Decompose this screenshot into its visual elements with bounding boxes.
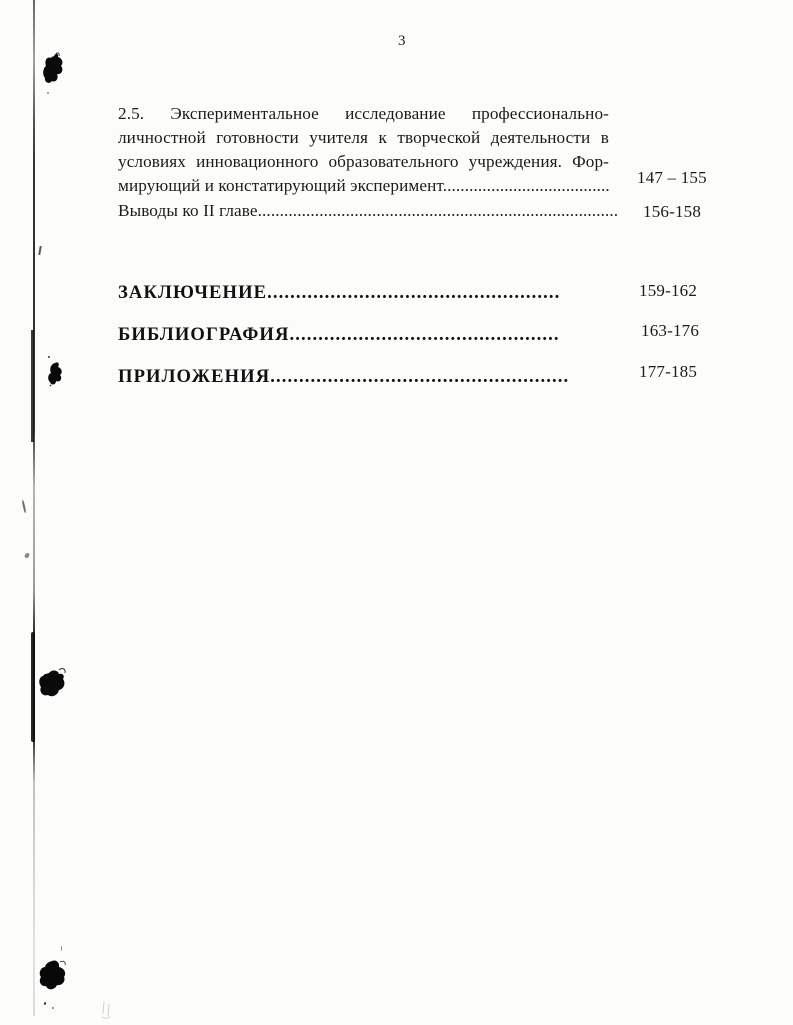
toc-entry-bibliografia-page-range: 163-176: [641, 321, 699, 341]
page-number: 3: [398, 33, 406, 50]
toc-entry-prilozhenia-page-range: 177-185: [639, 362, 697, 382]
scan-speck-artifact: [47, 92, 49, 94]
toc-entry-conclusions-ch2-page-range: 156-158: [643, 202, 701, 222]
toc-entry-conclusions-ch2-label: Выводы ко II главе......................…: [118, 201, 618, 220]
toc-entry-bibliografia-label: БИБЛИОГРАФИЯ............................…: [118, 324, 560, 345]
ink-blob-artifact: [47, 361, 64, 388]
ink-blob-artifact: [39, 665, 67, 701]
toc-entry-prilozhenia: ПРИЛОЖЕНИЯ..............................…: [118, 366, 569, 388]
scan-speck-artifact: [22, 500, 27, 513]
toc-entry-conclusions-ch2: Выводы ко II главе......................…: [118, 201, 618, 221]
scan-speck-artifact: [44, 1002, 47, 1006]
toc-entry-2-5-line-4: мирующий и констатирующий эксперимент...…: [118, 174, 609, 198]
toc-entry-zakluchenie-page-range: 159-162: [639, 281, 697, 301]
pencil-smudge-artifact: [96, 998, 120, 1022]
toc-entry-2-5-page-range: 147 – 155: [637, 168, 707, 188]
toc-entry-bibliografia: БИБЛИОГРАФИЯ............................…: [118, 324, 560, 346]
scan-speck-artifact: [48, 356, 50, 358]
ink-blob-artifact: [38, 959, 69, 992]
toc-entry-2-5: 2.5. Экспериментальное исследование проф…: [118, 102, 705, 198]
scan-speck-artifact: [61, 946, 62, 951]
toc-entry-2-5-text: 2.5. Экспериментальное исследование проф…: [118, 102, 609, 198]
scan-speck-artifact: [38, 246, 42, 255]
scan-speck-artifact: [24, 552, 30, 558]
toc-entry-prilozhenia-label: ПРИЛОЖЕНИЯ..............................…: [118, 366, 569, 387]
toc-entry-2-5-line-1: 2.5. Экспериментальное исследование проф…: [118, 102, 609, 126]
toc-entry-2-5-line-2: личностной готовности учителя к творческ…: [118, 126, 609, 150]
binding-line-artifact: [33, 0, 35, 1016]
scanned-document-page: 3 2.5. Экспериментальное исследование пр…: [0, 0, 793, 1025]
toc-entry-zakluchenie-label: ЗАКЛЮЧЕНИЕ..............................…: [118, 282, 560, 303]
binding-line-dark-segment: [31, 330, 34, 442]
ink-blob-artifact: [43, 52, 65, 88]
scan-speck-artifact: [52, 1007, 54, 1009]
toc-entry-2-5-line-3: условиях инновационного образовательного…: [118, 150, 609, 174]
toc-entry-zakluchenie: ЗАКЛЮЧЕНИЕ..............................…: [118, 282, 560, 304]
binding-line-dark-segment: [31, 632, 35, 742]
